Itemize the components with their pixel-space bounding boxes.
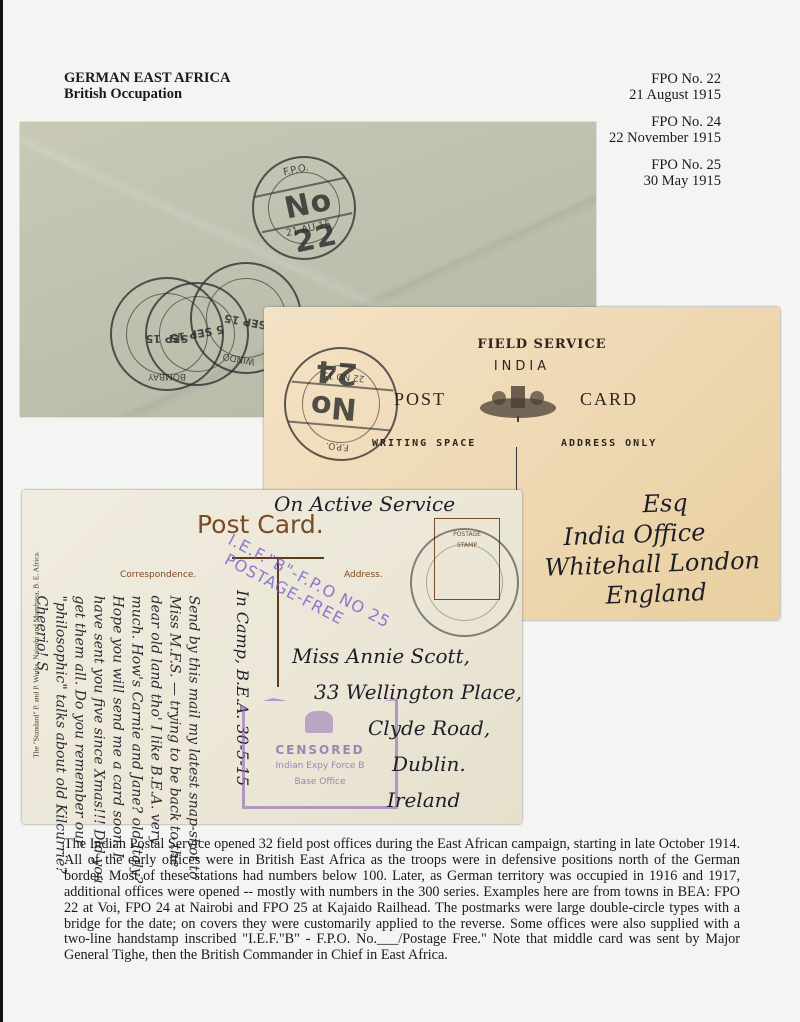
address-label: Address. [344,570,383,580]
card-card-label: CARD [580,389,638,410]
card-india-label: INDIA [482,359,562,374]
postmark-fpo-25 [410,528,519,637]
postmark-fpo-24: F.P.O. No 24 22 NO 15 [279,342,403,466]
fpo-label: FPO No. 22 [609,71,721,87]
description-paragraph: The Indian Postal Service opened 32 fiel… [64,837,740,964]
recipient-line: Clyde Road, [292,710,522,746]
page-header: GERMAN EAST AFRICA British Occupation [64,70,231,102]
fpo-date: 30 May 1915 [609,173,721,189]
fpo-label: FPO No. 24 [609,114,721,130]
fpo-date: 21 August 1915 [609,87,721,103]
card-post-label: POST [394,389,446,410]
fpo-date: 22 November 1915 [609,130,721,146]
fpo-label: FPO No. 25 [609,157,721,173]
address-only-label: ADDRESS ONLY [561,438,657,449]
fpo-list: FPO No. 22 21 August 1915 FPO No. 24 22 … [609,71,721,200]
recipient-line: Ireland [292,782,522,818]
fpo-entry: FPO No. 24 22 November 1915 [609,114,721,146]
page-title: GERMAN EAST AFRICA [64,70,231,86]
picture-postcard: The "Standard" P. and P. Works, Nairobi … [22,490,522,824]
handwritten-address: Esq India Office Whitehall London Englan… [542,485,762,612]
correspondence-label: Correspondence. [120,570,196,580]
scan-edge [0,0,3,1022]
recipient-address: Miss Annie Scott, 33 Wellington Place, C… [292,638,522,818]
fpo-entry: FPO No. 22 21 August 1915 [609,71,721,103]
royal-crest-icon [477,382,559,422]
postmark-number: No 24 [284,350,386,428]
dateline: In Camp, B.E.A. 30-5-15 [233,590,252,690]
on-active-service: On Active Service [274,492,455,516]
page-subtitle: British Occupation [64,86,231,102]
postmark-inner-ring [426,544,503,621]
recipient-line: 33 Wellington Place, [292,674,522,710]
recipient-line: Miss Annie Scott, [292,638,522,674]
recipient-line: Dublin. [292,746,522,782]
fpo-entry: FPO No. 25 30 May 1915 [609,157,721,189]
